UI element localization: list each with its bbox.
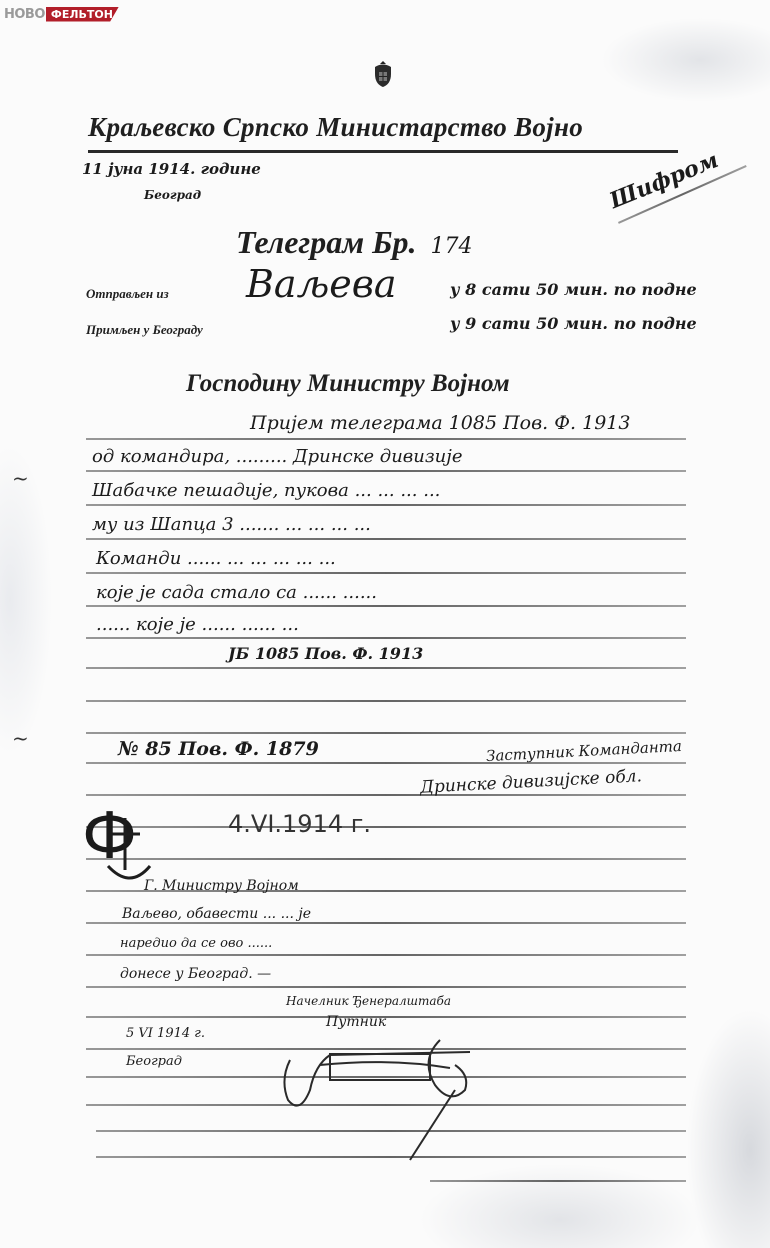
resolution-date: 4.VI.1914 г. [228,810,371,838]
letterhead-title: Краљевско Српско Министарство Војно [88,112,583,143]
body-line-4: му из Шапца 3 ....... ... ... ... ... [92,514,371,535]
coat-of-arms-icon [372,60,394,88]
body-line-2: од командира, ......... Дринске дивизије [92,446,463,467]
ruled-line [86,504,686,506]
telegram-title-label: Телеграм Бр. [236,224,416,260]
resolution-line-1: Г. Министру Војном [144,878,299,894]
ruled-line [86,700,686,702]
resolution-line-2: Ваљево, обавести ... ... је [122,906,311,922]
ruled-line [86,922,686,924]
sent-from-value: Ваљева [246,262,397,306]
ruled-line [86,637,686,639]
received-label: Примљен у Београду [86,322,203,338]
watermark-part-2: ФЕЛЬТОН [46,7,119,22]
cipher-stamp: Шифром [606,147,722,214]
watermark-part-1: НОВО [4,7,45,22]
body-line-9: ЈБ 1085 Пов. Ф. 1913 [228,644,423,663]
reference-number: № 85 Пов. Ф. 1879 [118,738,319,760]
signature-line-1: Заступник Команданта [486,737,683,765]
ruled-line [86,538,686,540]
ruled-line [86,732,686,734]
ruled-line [86,826,686,828]
resolution-date-2: 5 VI 1914 г. [126,1026,205,1041]
ruled-line [86,762,686,764]
body-line-3: Шабачке пешадије, пукова ... ... ... ... [92,480,440,501]
margin-tilde-mark: ~ [12,466,29,490]
letterhead-underline [88,150,678,153]
sent-from-label: Отправљен из [86,286,169,302]
ruled-line [86,954,686,956]
handwritten-signature-icon [270,1020,490,1160]
telegram-title: Телеграм Бр. 174 [236,224,472,261]
margin-tilde-mark: ~ [12,726,29,750]
resolution-line-4: донесе у Београд. — [120,966,271,982]
resolution-line-3: наредио да се ово ...... [120,936,272,951]
ruled-line [86,858,686,860]
ruled-line [86,470,686,472]
addressee-heading: Господину Министру Војном [186,370,510,398]
body-line-1: Пријем телеграма 1085 Пов. Ф. 1913 [250,412,630,434]
telegram-number: 174 [430,234,472,259]
sent-time: у 8 сати 50 мин. по подне [450,280,697,299]
ruled-line [86,986,686,988]
site-watermark-logo: НОВО ФЕЛЬТОН [4,5,119,23]
ruled-line [86,794,686,796]
ruled-line [86,438,686,440]
ruled-line [86,572,686,574]
date-line: 11 јуна 1914. године [82,160,261,178]
resolution-signer-title: Начелник Ђенералштаба [286,994,451,1008]
place-line: Београд [144,188,201,202]
scanned-document-page: НОВО ФЕЛЬТОН Краљевско Српско Министарст… [0,0,770,1248]
resolution-place: Београд [126,1054,182,1069]
received-time: у 9 сати 50 мин. по подне [450,314,697,333]
body-line-5: Команди ...... ... ... ... ... ... [96,548,336,569]
ruled-line [430,1180,686,1182]
body-line-7: ...... које је ...... ...... ... [96,614,299,635]
ruled-line [86,667,686,669]
ruled-line [86,605,686,607]
body-line-6: које је сада стало са ...... ...... [96,582,377,603]
